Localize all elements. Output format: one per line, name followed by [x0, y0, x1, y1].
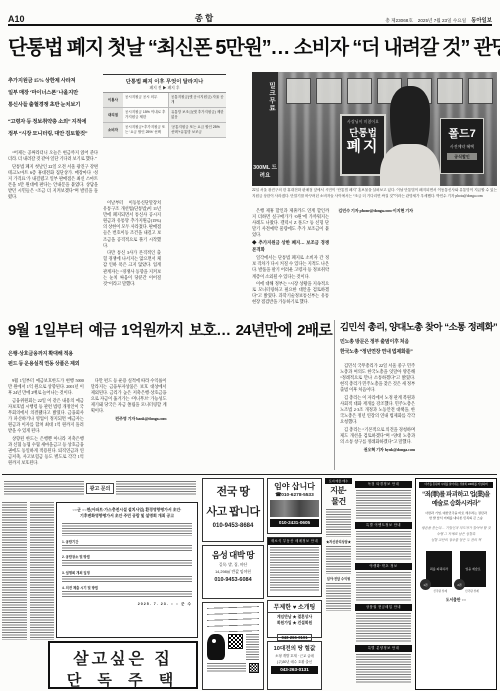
ads-divider-rule — [2, 474, 497, 475]
book-cap-1: 신국판 상제 — [433, 589, 447, 593]
info-table-body: 이통사공시지원금 공시 의무공통지원금(옛 공시지원금) 자율 공개대리점공시지… — [103, 93, 226, 138]
price-card-row — [286, 78, 493, 104]
subhead-line: 은행-상호금융까지 확대해 적용 — [8, 350, 96, 360]
narrow-header-bar: 토지 매물·매수 — [325, 478, 352, 484]
article2-subheads: 은행-상호금융까지 확대해 적용펀드 등 운용실적 연동 상품은 제외 — [8, 350, 96, 369]
body-paragraph: 김민석 국무총리가 22일 서울 중구 민주노총과 여의도 한국노총을 잇달아 … — [340, 363, 415, 393]
body-paragraph: 9월 1일부터 예금보호한도가 현행 5000만 원에서 1억 원으로 상향된다… — [8, 378, 84, 396]
forest-phone: ☎010-6278-5533 — [268, 493, 321, 498]
book-cap-2: 신국판 상제 — [465, 589, 479, 593]
land2-phone: 010-9453-6084 — [203, 577, 263, 583]
ad-narrow-classified-col: 토지 매물·매수 지분· 물건 ★자산관리상담★ 임야·전답 수익형 — [325, 478, 352, 690]
fold7-sign: 폴드7 사전예약 혜택 공식할인 — [440, 118, 484, 174]
ad-dating: 무제한 ♥ 소개팅 게임만남 ★ 결혼상사 회원가입 ★ 건설회원 043-26… — [267, 600, 322, 638]
ad-land-eumseong: 음성 대박 땅 길목: 밭, 집, 야산 14,298㎡ 반값 임야천 010-… — [202, 545, 264, 599]
notice-items: 1. 공람기간2. 공람장소 및 방법3. 설명회 개최 일정4. 의견 제출 … — [62, 539, 192, 599]
body-paragraph: 이날부터 이동통신단말장치 유통구조 개선법(단통법)이 11년 만에 폐지되면… — [103, 200, 161, 249]
article1-body-right: 은행 제휴 할인과 제휴카드 연계 할인까지 더하면 실구매가가 ‘0원’에 가… — [252, 208, 497, 310]
handwriting-lines — [207, 606, 259, 632]
book-sub-2: 한 발 앞서 미래를 내다본 민족의 큰 스승 — [419, 516, 493, 521]
reporter-credit: 김민수 기자 phone@donga.com·이지현 기자 — [336, 208, 413, 214]
reporter-credit: 권오혁 기자 hyuk@donga.com — [340, 447, 415, 453]
article1-body-left: “어제는 공짜라더니 오늘은 현금까지 얹어 준다더라. 더 내려갈 것 같아 … — [8, 150, 98, 310]
book-topbar: 다가올 혼란의 시대를 살아내는 성찰록 100회를 기념하며 — [419, 482, 493, 488]
sign1-bigline: 폐지 — [342, 139, 384, 156]
article1-body-mid: 이날부터 이동통신단말장치 유통구조 개선법(단통법)이 11년 만에 폐지되면… — [103, 200, 226, 310]
subhead-line: 펀드 등 운용실적 연동 상품은 제외 — [8, 360, 96, 370]
narrow-big-2: 물건 — [325, 497, 352, 506]
info-table-row: 소비자공시지원금+추가지원금 또는 ‘요금 할인 25%’ 선택‘공통지원금 또… — [103, 123, 226, 138]
book-headline-2: 예술로 승화시켜라” — [419, 500, 493, 509]
danthongbeop-sign: 사장님이 미쳤어요 단통법 폐지 — [340, 114, 386, 176]
dating-line-2: 회원가입 ★ 건설회원 — [268, 621, 321, 626]
body-paragraph: 금융위원회는 22일 이 같은 내용의 예금자보호법 시행령 등 관련 법령 개… — [8, 398, 84, 435]
ad-listing-strip: 광고 문의 — [2, 478, 198, 499]
qr-code-small-icon — [249, 663, 259, 673]
ad-forest-buy: 임야 삽니다 ☎010-6278-5533 010-2431-0605 — [267, 478, 322, 534]
notice-signature: 2025. 7. 23. ○ ○ 군 수 — [62, 602, 192, 607]
subhead-line: 일부 매장 ‘마이너스폰’ 나올지만 — [8, 88, 100, 100]
land2-line-1: 길목: 밭, 집, 야산 — [203, 563, 263, 568]
forest-title: 임야 삽니다 — [268, 481, 321, 492]
forest-photo-strip — [270, 500, 319, 517]
main-headline: 단통법 폐지 첫날 “최신폰 5만원”… 소비자 “더 내려갈 것” 관망 — [8, 31, 492, 60]
subhead-line: “고령자 등 정보취약층 소외” 지적에 — [8, 117, 100, 129]
info-table-title: 단통법 폐지 이후 무엇이 달라지나 — [103, 75, 226, 86]
notice-item: 1. 공람기간 — [62, 539, 192, 544]
issue-meta: 총 제23068호 2025년 7월 23일 수요일 동아일보 — [385, 16, 492, 24]
narrow-sub-2: 임야·전답 수익형 — [325, 576, 352, 581]
cartoon-figure — [207, 634, 225, 660]
notice-title-2: 기후변화영향평가서 초안 주민 공람 및 설명회 개최 공고 — [62, 513, 192, 519]
person-silhouette-shirt — [380, 144, 440, 186]
page-number: A10 — [8, 14, 25, 24]
classified-section-header: 독점 타경정보 안내 — [355, 481, 412, 488]
article1-photo: 밀크무료 300ML 드려요 사장님이 미쳤어요 단통법 폐지 폴드7 사전예약… — [252, 72, 497, 186]
narrow-big-1: 지분· — [325, 486, 352, 495]
page-header: A10 종합 총 제23068호 2025년 7월 23일 수요일 동아일보 — [8, 9, 492, 26]
land1-title-2: 사고 팝니다 — [203, 503, 263, 519]
dating-phone: 043-266-0191 — [277, 634, 311, 641]
land2-title: 음성 대박 땅 — [203, 549, 263, 561]
article3-body: 김민석 국무총리가 22일 서울 중구 민주노총과 여의도 한국노총을 잇달아 … — [340, 363, 497, 470]
body-paragraph: 상향된 한도는 은행뿐 아니라 저축은행과 신협 농협 수협 새마을금고 등 상… — [8, 436, 84, 466]
body-paragraph: 다만 통신 3사가 본격적인 출혈 경쟁에 나서지는 않으면서 체감 인하 폭은… — [103, 250, 161, 287]
dense-classified-header: 새소식 부동산 매매정보 안내 — [268, 538, 321, 545]
info-table-row: 대리점공시지원금 15% 이내로 추가지원금 제한유통망 보조금(옛 추가지원금… — [103, 108, 226, 123]
notice-item: 4. 의견 제출 시기 및 방법 — [62, 585, 192, 590]
land1-phone: 010-9453-8684 — [203, 523, 263, 529]
subhead-line: 한국노총 “정년연장 연내 법제화를” — [340, 348, 497, 358]
classified-section-header: 상품권 현금매입 안내 — [355, 604, 412, 611]
body-paragraph: 다만 펀드 등 운용 실적에 따라 수익률이 달라지는 금융투자상품은 보호 대… — [91, 378, 167, 415]
subhead-line: 민노총 방문은 정부 출범이후 처음 — [340, 338, 497, 348]
issue-date: 2025년 7월 23일 수요일 — [418, 18, 466, 24]
cheap-phone: 043-263-0131 — [271, 666, 318, 674]
section-label: 종합 — [195, 12, 215, 24]
sign1-midline: 단통법 — [342, 125, 384, 139]
house-line-1: 살고싶은 집 — [50, 646, 196, 669]
newspaper-page: A10 종합 총 제23068호 2025년 7월 23일 수요일 동아일보 단… — [0, 0, 500, 691]
classified-section-header: 특별 이벤트정보 안내 — [355, 522, 412, 529]
info-table-colhead: 폐지 전 ▶ 폐지 후 — [103, 86, 226, 93]
book-cover-2: 업을 예술로 2권 — [460, 551, 486, 587]
banner-text-bottom: 300ML 드려요 — [253, 164, 277, 181]
subhead-group-2: “고령자 등 정보취약층 소외” 지적에정부 “시장 모니터링, 대안 검토할것… — [8, 117, 100, 141]
body-paragraph: 일각에서는 단통법 폐지로 소비자 간 정보 격차가 다시 커질 수 있다는 지… — [252, 255, 329, 279]
reporter-credit: 전주영 기자 bank@donga.com — [91, 416, 167, 422]
dating-title: 무제한 ♥ 소개팅 — [268, 601, 321, 613]
land1-title-1: 전국 땅 — [203, 483, 263, 499]
notice-item: 2. 공람장소 및 방법 — [62, 554, 192, 559]
book-publisher: 도서출판 ○○ — [419, 598, 493, 603]
body-paragraph: “어제는 공짜라더니 오늘은 현금까지 얹어 준다더라. 더 내려갈 것 같아 … — [8, 150, 98, 162]
article1-subheads: 추가지원금 15% 상한제 사라져일부 매장 ‘마이너스폰’ 나올지만통신사들 … — [8, 76, 100, 141]
ad-land-nationwide: 전국 땅 사고 팝니다 010-9453-8684 — [202, 478, 264, 542]
article2-body: 9월 1일부터 예금보호한도가 현행 5000만 원에서 1억 원으로 상향된다… — [8, 378, 332, 470]
subhead-line: 추가지원금 15% 상한제 사라져 — [8, 76, 100, 88]
ad-contact-label: 광고 문의 — [86, 483, 115, 494]
body-paragraph: 은행 제휴 할인과 제휴카드 연계 할인까지 더하면 실구매가가 ‘0원’에 가… — [252, 208, 329, 238]
body-paragraph: 김 총리는 “기본적으로 의견을 경청하며 제도 개선을 검토하겠다”며 “양대… — [340, 427, 415, 445]
inline-subhead: ◆ 추가지원금 상한 폐지… 보조금 경쟁 본격화 — [252, 240, 329, 253]
body-paragraph: 단통법 폐지 첫날인 22일 오전 서울 광진구 강변테크노마트 6층 휴대전화… — [8, 164, 98, 201]
subhead-line: 정부 “시장 모니터링, 대안 검토할것” — [8, 129, 100, 141]
photo-caption: 22일 서울 광진구의 한 휴대전화 판매점 앞에서 시민이 ‘단통법 폐지’ … — [252, 188, 497, 200]
subhead-line: 통신사들 출혈경쟁 초반 눈치보기 — [8, 100, 100, 112]
book-cover-1: 죄를 파괴하라 1권 — [426, 551, 452, 587]
notice-item: 3. 설명회 개최 일정 — [62, 570, 192, 575]
body-paragraph: 김 총리는 이 자리에서 노정 관계 복원과 사회적 대화 재개를 강조했다. … — [340, 395, 415, 425]
qr-code-icon — [228, 634, 243, 649]
banner-text-top: 밀크무료 — [254, 76, 276, 118]
classified-col: 독점 타경정보 안내특별 이벤트정보 안내야생화·약초 정보상품권 현금매입 안… — [355, 478, 412, 690]
sign2-subline: 사전예약 혜택 — [441, 144, 483, 150]
classified-section-header: 특별 분양정보 안내 — [355, 645, 412, 652]
ad-book: 다가올 혼란의 시대를 살아내는 성찰록 100회를 기념하며 “죄(罪)를 파… — [415, 478, 497, 690]
sign2-badge: 공식할인 — [447, 153, 477, 160]
subhead-group-1: 추가지원금 15% 상한제 사라져일부 매장 ‘마이너스폰’ 나올지만통신사들 … — [8, 76, 100, 112]
body-paragraph: 이에 대해 정부는 “시장 상황을 지속적으로 모니터링하고 필요한 대안을 검… — [252, 281, 329, 305]
ad-house: 살고싶은 집 단 독 주 택 정남향 | 대지 1필지 2,000만 원 | 현… — [48, 641, 198, 689]
dating-line-1: 게임만남 ★ 결혼상사 — [268, 615, 321, 620]
narrow-sub-1: ★자산관리상담★ — [325, 539, 352, 544]
info-table-row: 이통사공시지원금 공시 의무공통지원금(옛 공시지원금) 자율 공개 — [103, 93, 226, 108]
column-divider — [334, 320, 335, 470]
shop-banner-strip: 밀크무료 300ML 드려요 — [252, 72, 278, 186]
classified-section-header: 야생화·약초 정보 — [355, 563, 412, 570]
article3-subheads: 민노총 방문은 정부 출범이후 처음한국노총 “정년연장 연내 법제화를” — [340, 338, 497, 357]
cheap-line-1: 소형 개발 호재 · 근교 급매 — [268, 653, 321, 658]
ad-cheap-land: 10대전의 땅 헐값 소형 개발 호재 · 근교 급매 (주)30년 매수 호황… — [267, 641, 322, 690]
land2-line-2: 14,298㎡ 반값 임야천 — [203, 570, 263, 575]
info-table: 단통법 폐지 이후 무엇이 달라지나 폐지 전 ▶ 폐지 후 이통사공시지원금 … — [103, 74, 226, 138]
forest-phone-2: 010-2431-0605 — [270, 519, 319, 527]
book-script-3: 성찰 교안의 정수를 담은 두 권의 책 — [419, 538, 493, 544]
ad-legal-notice: ○○군 ○○면(아파트·가스충전시설 설치사업) 환경영향평가서 초안· 기후변… — [56, 502, 198, 638]
cheap-title: 10대전의 땅 헐값 — [268, 644, 321, 652]
article2-headline: 9월 1일부터 예금 1억원까지 보호… 24년만에 2배로 — [8, 319, 332, 340]
paper-name: 동아일보 — [471, 16, 492, 24]
issue-number: 총 제23068호 — [385, 18, 412, 24]
book-headline-1: “죄(罪)를 파괴하고 업(業)을 — [419, 491, 493, 500]
cheap-line-2: (주)30년 매수 호황 출신 — [268, 659, 321, 664]
house-line-2: 단 독 주 택 — [50, 669, 196, 690]
ad-cartoon-qr — [202, 602, 264, 690]
article3-headline: 김민석 총리, 양대노총 찾아 “소통 정례화” — [340, 319, 497, 333]
ad-dense-classified: 새소식 부동산 매매정보 안내 — [267, 537, 322, 597]
sign2-bigline: 폴드7 — [441, 125, 483, 141]
ad-smallprint-strip — [2, 502, 54, 640]
